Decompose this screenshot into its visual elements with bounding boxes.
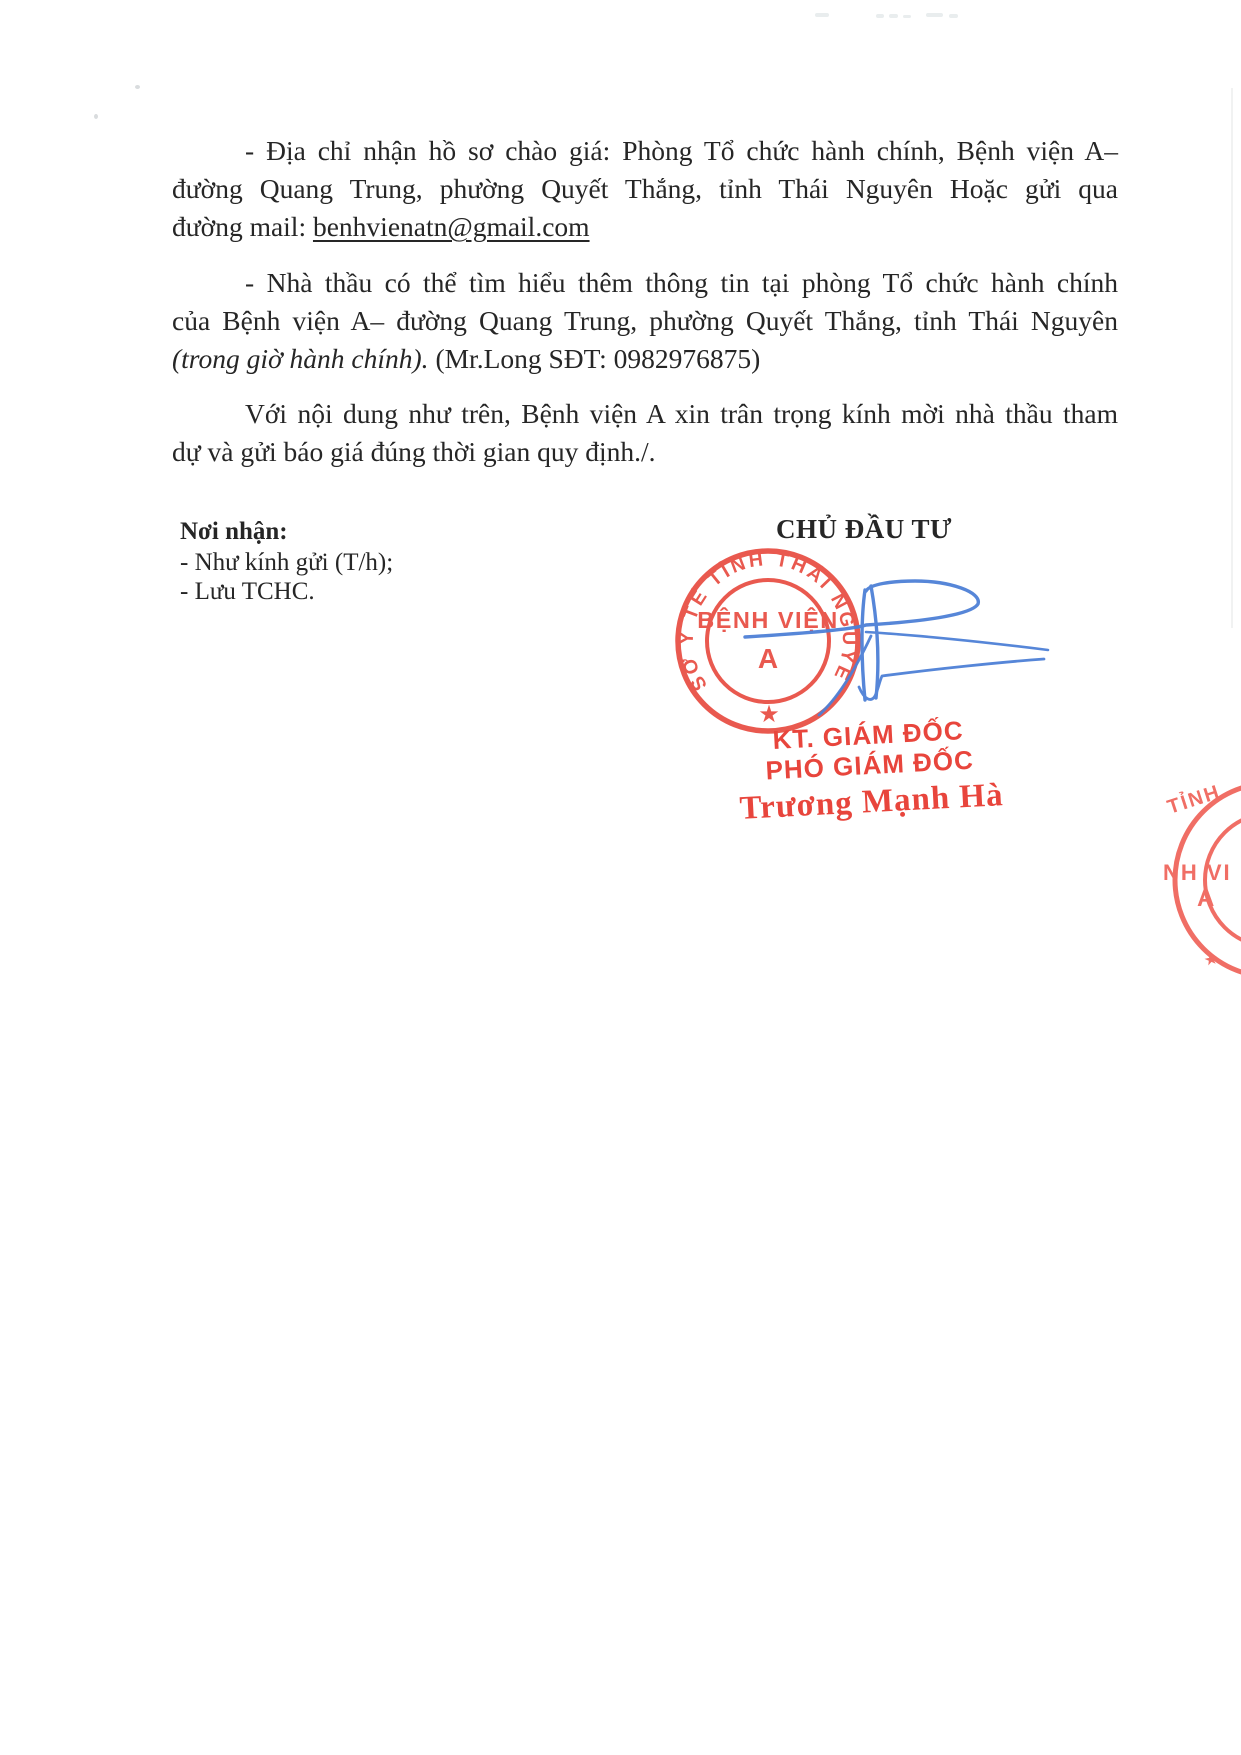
partial-stamp-star-icon: ★: [1202, 950, 1220, 970]
email-link[interactable]: benhvienatn@gmail.com: [313, 211, 590, 242]
recipient-item: - Như kính gửi (T/h);: [180, 548, 393, 577]
paragraph-line: (trong giờ hành chính). (Mr.Long SĐT: 09…: [172, 340, 1118, 378]
scan-artifact: [949, 14, 958, 18]
paragraph-line: đường mail: benhvienatn@gmail.com: [172, 208, 1118, 246]
recipient-item: - Lưu TCHC.: [180, 577, 393, 606]
paragraph-line: Với nội dung như trên, Bệnh viện A xin t…: [172, 395, 1118, 433]
paragraph: - Địa chỉ nhận hồ sơ chào giá: Phòng Tổ …: [172, 132, 1118, 246]
scan-artifact: [94, 114, 98, 119]
paragraph-line: dự và gửi báo giá đúng thời gian quy địn…: [172, 433, 1118, 471]
investor-heading: CHỦ ĐẦU TƯ: [714, 514, 1014, 545]
contact-phone: (Mr.Long SĐT: 0982976875): [429, 343, 761, 374]
paragraph-line: của Bệnh viện A– đường Quang Trung, phườ…: [172, 302, 1118, 340]
signer-block: KT. GIÁM ĐỐC PHÓ GIÁM ĐỐC Trương Mạnh Hà: [698, 711, 1043, 831]
stamp-center-letter: A: [758, 643, 778, 674]
partial-stamp: TỈNH NH VI A ★: [1163, 780, 1241, 977]
paragraph-line: - Nhà thầu có thể tìm hiểu thêm thông ti…: [172, 264, 1118, 302]
paragraph-line: - Địa chỉ nhận hồ sơ chào giá: Phòng Tổ …: [172, 132, 1118, 170]
partial-stamp-text: A: [1197, 885, 1214, 912]
paragraph: Với nội dung như trên, Bệnh viện A xin t…: [172, 395, 1118, 471]
scan-artifact: [926, 13, 943, 17]
signature: [745, 581, 1048, 715]
recipients-block: Nơi nhận: - Như kính gửi (T/h); - Lưu TC…: [180, 517, 393, 606]
mail-label: đường mail:: [172, 211, 313, 242]
scanned-document-page: - Địa chỉ nhận hồ sơ chào giá: Phòng Tổ …: [0, 0, 1241, 1755]
paragraph-line: đường Quang Trung, phường Quyết Thắng, t…: [172, 170, 1118, 208]
scan-artifact: [876, 14, 884, 18]
scan-artifact: [135, 85, 140, 89]
office-hours-note: (trong giờ hành chính).: [172, 343, 429, 374]
stamp-ring-text: SỞ Y TẾ TỈNH THÁI NGUYÊN: [0, 0, 866, 776]
scan-artifact: [889, 14, 898, 18]
scan-artifact: [815, 13, 829, 17]
scan-artifact: [1231, 88, 1233, 628]
scan-artifact: [903, 15, 911, 18]
hospital-stamp: SỞ Y TẾ TỈNH THÁI NGUYÊN BỆNH VIỆN A ★: [0, 0, 866, 776]
recipients-heading: Nơi nhận:: [180, 517, 393, 546]
paragraph: - Nhà thầu có thể tìm hiểu thêm thông ti…: [172, 264, 1118, 378]
stamp-center-text: BỆNH VIỆN: [697, 606, 838, 633]
partial-stamp-text: NH VI: [1163, 860, 1232, 885]
partial-stamp-text: TỈNH: [1164, 780, 1223, 819]
